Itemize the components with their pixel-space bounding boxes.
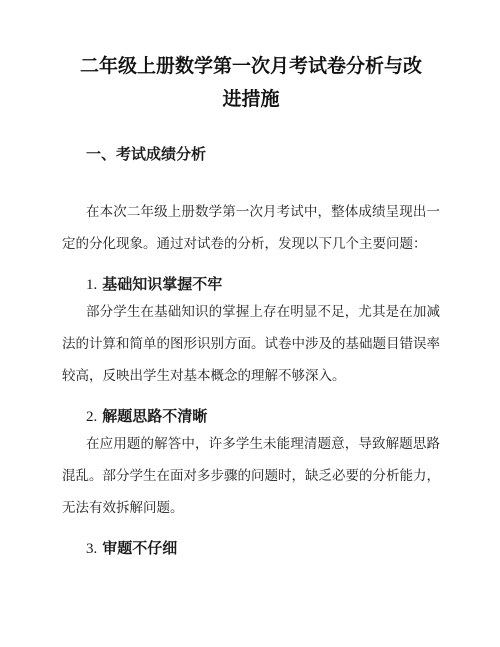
problem-2-paragraph: 在应用题的解答中，许多学生未能理清题意，导致解题思路混乱。部分学生在面对多步骤的…: [62, 428, 440, 524]
document-title-line-1: 二年级上册数学第一次月考试卷分析与改: [62, 50, 440, 83]
document-title: 二年级上册数学第一次月考试卷分析与改 进措施: [62, 50, 440, 116]
document-page: 二年级上册数学第一次月考试卷分析与改 进措施 一、考试成绩分析 在本次二年级上册…: [0, 0, 500, 647]
problem-3-number: 3.: [86, 541, 97, 557]
problem-1-number: 1.: [86, 277, 97, 293]
problem-1-paragraph: 部分学生在基础知识的掌握上存在明显不足，尤其是在加减法的计算和简单的图形识别方面…: [62, 296, 440, 392]
problem-1-heading: 1.基础知识掌握不牢: [62, 274, 440, 296]
problem-3-title: 审题不仔细: [102, 541, 177, 557]
document-title-line-2: 进措施: [62, 83, 440, 116]
problem-1-title: 基础知识掌握不牢: [102, 277, 222, 293]
intro-paragraph: 在本次二年级上册数学第一次月考试中，整体成绩呈现出一定的分化现象。通过对试卷的分…: [62, 196, 440, 260]
problem-2-heading: 2.解题思路不清晰: [62, 406, 440, 428]
problem-2-number: 2.: [86, 409, 97, 425]
section-heading-score-analysis: 一、考试成绩分析: [62, 144, 440, 166]
problem-2-title: 解题思路不清晰: [102, 409, 207, 425]
problem-3-heading: 3.审题不仔细: [62, 538, 440, 560]
